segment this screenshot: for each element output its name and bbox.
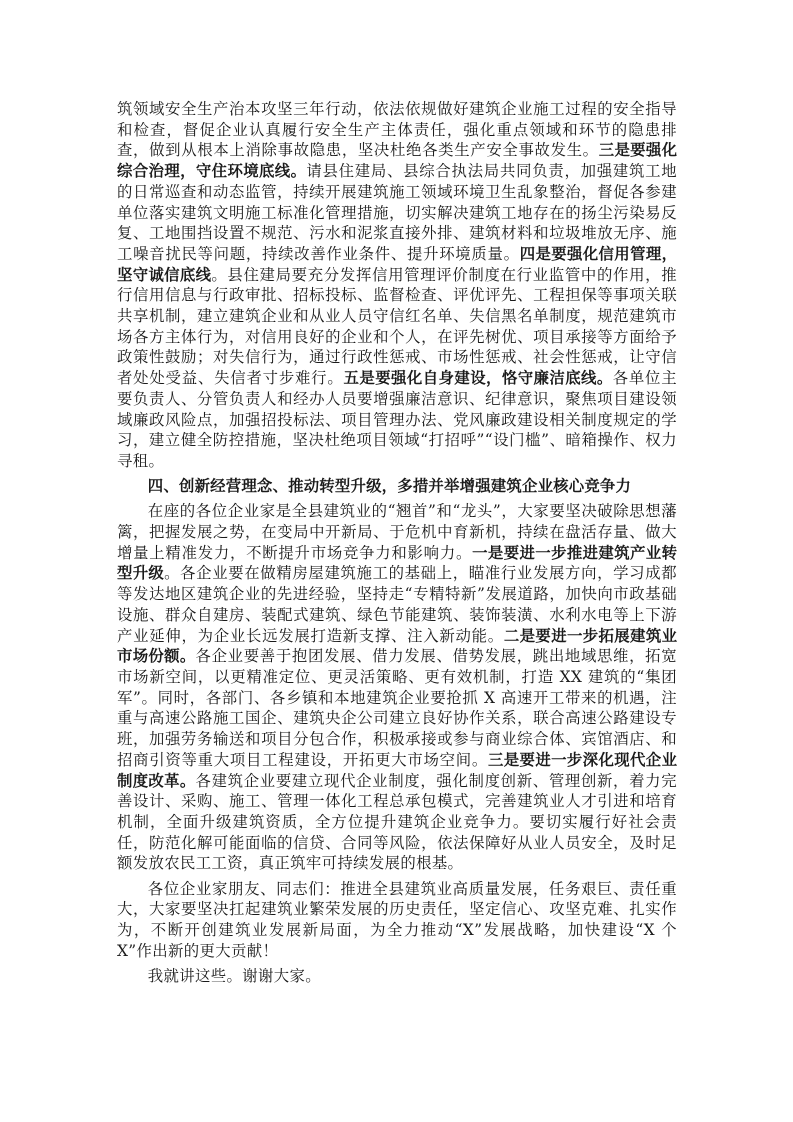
bold-point-5: 五是要强化自身建设，恪守廉洁底线。 (344, 369, 613, 387)
paragraph-text: 我就讲这些。谢谢大家。 (148, 967, 321, 985)
paragraph-text: 筑领域安全生产治本攻坚三年行动，依法依规做好建筑企业施工过程的安全指导和检查，督… (117, 100, 677, 159)
body-paragraph-continued: 筑领域安全生产治本攻坚三年行动，依法依规做好建筑企业施工过程的安全指导和检查，督… (117, 99, 677, 472)
paragraph-text: 各建筑企业要建立现代企业制度，强化制度创新、管理创新，着力完善设计、采购、施工、… (117, 772, 677, 873)
document-page: 筑领域安全生产治本攻坚三年行动，依法依规做好建筑企业施工过程的安全指导和检查，督… (117, 99, 677, 991)
section-heading: 四、创新经营理念、推动转型升级，多措并举增强建筑企业核心竞争力 (117, 476, 677, 497)
paragraph-text: 各位企业家朋友、同志们：推进全县建筑业高质量发展，任务艰巨、责任重大，大家要坚决… (117, 880, 677, 960)
closing-paragraph: 各位企业家朋友、同志们：推进全县建筑业高质量发展，任务艰巨、责任重大，大家要坚决… (117, 879, 677, 962)
body-paragraph: 在座的各位企业家是全县建筑业的“翘首”和“龙头”，大家要坚决破除思想藩篱，把握发… (117, 501, 677, 874)
final-remark: 我就讲这些。谢谢大家。 (117, 966, 677, 987)
